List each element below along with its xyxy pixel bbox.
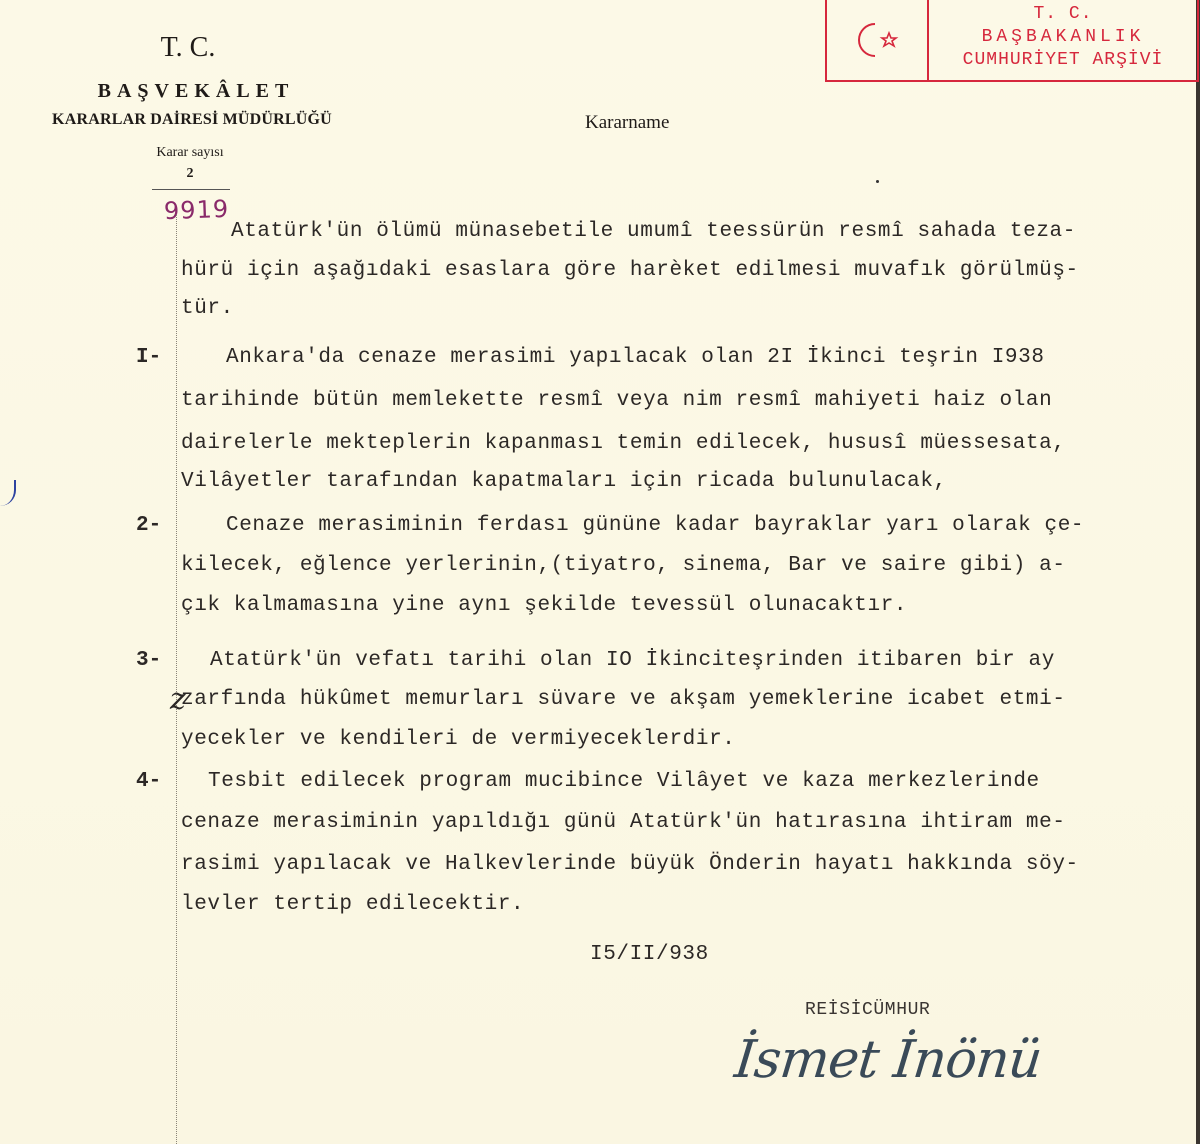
item-line: zarfında hükûmet memurları süvare ve akş… [181, 688, 1066, 711]
document-title: Kararname [585, 112, 669, 134]
stamp-line-2: BAŞBAKANLIK [929, 26, 1197, 49]
item-number: 3- [136, 649, 161, 672]
item-line: yecekler ve kendileri de vermiyeceklerdi… [181, 728, 736, 751]
item-line: Vilâyetler tarafından kapatmaları için r… [181, 470, 947, 493]
archive-stamp: T. C. BAŞBAKANLIK CUMHURİYET ARŞİVİ [825, 0, 1199, 82]
stamp-line-1: T. C. [929, 3, 1197, 26]
letterhead-department: KARARLAR DAİRESİ MÜDÜRLÜĞÜ [22, 111, 362, 129]
item-line: tarihinde bütün memlekette resmî veya ni… [181, 389, 1052, 412]
letterhead-tc: T. C. [148, 32, 228, 64]
decision-number: 2 [170, 166, 210, 182]
ink-speck [876, 180, 879, 183]
decision-number-label: Karar sayısı [140, 145, 240, 161]
item-line: cenaze merasiminin yapıldığı günü Atatür… [181, 811, 1066, 834]
item-line: kilecek, eğlence yerlerinin,(tiyatro, si… [181, 554, 1066, 577]
item-line: Atatürk'ün vefatı tarihi olan IO İkincit… [210, 649, 1055, 672]
document-date: I5/II/938 [590, 943, 709, 966]
item-line: çık kalmamasına yine aynı şekilde tevess… [181, 594, 907, 617]
intro-line: hürü için aşağıdaki esaslara göre harèke… [181, 259, 1079, 282]
item-line: rasimi yapılacak ve Halkevlerinde büyük … [181, 853, 1079, 876]
item-number: I- [136, 346, 161, 369]
stamp-line-3: CUMHURİYET ARŞİVİ [929, 49, 1197, 72]
intro-line: Atatürk'ün ölümü münasebetile umumî tees… [231, 220, 1076, 243]
registry-number: 9919 [164, 195, 230, 225]
item-number: 2- [136, 514, 161, 537]
item-number: 4- [136, 770, 161, 793]
stamp-text: T. C. BAŞBAKANLIK CUMHURİYET ARŞİVİ [929, 0, 1197, 80]
item-line: dairelerle mekteplerin kapanması temin e… [181, 432, 1066, 455]
document-page: T. C. BAŞVEKÂLET KARARLAR DAİRESİ MÜDÜRL… [0, 0, 1200, 1144]
stamp-emblem [827, 0, 929, 80]
signatory-title: REİSİCÜMHUR [805, 1000, 930, 1020]
letterhead-ministry: BAŞVEKÂLET [86, 80, 306, 103]
crescent-star-icon [849, 18, 905, 62]
item-line: Cenaze merasiminin ferdası gününe kadar … [226, 514, 1084, 537]
intro-line: tür. [181, 297, 234, 320]
letterhead-rule [152, 189, 230, 190]
ink-mark [0, 480, 16, 506]
item-line: Ankara'da cenaze merasimi yapılacak olan… [226, 346, 1045, 369]
item-line: levler tertip edilecektir. [181, 893, 524, 916]
margin-line [176, 215, 177, 1144]
signature: İsmet İnönü [732, 1030, 1044, 1090]
item-line: Tesbit edilecek program mucibince Vilâye… [208, 770, 1040, 793]
